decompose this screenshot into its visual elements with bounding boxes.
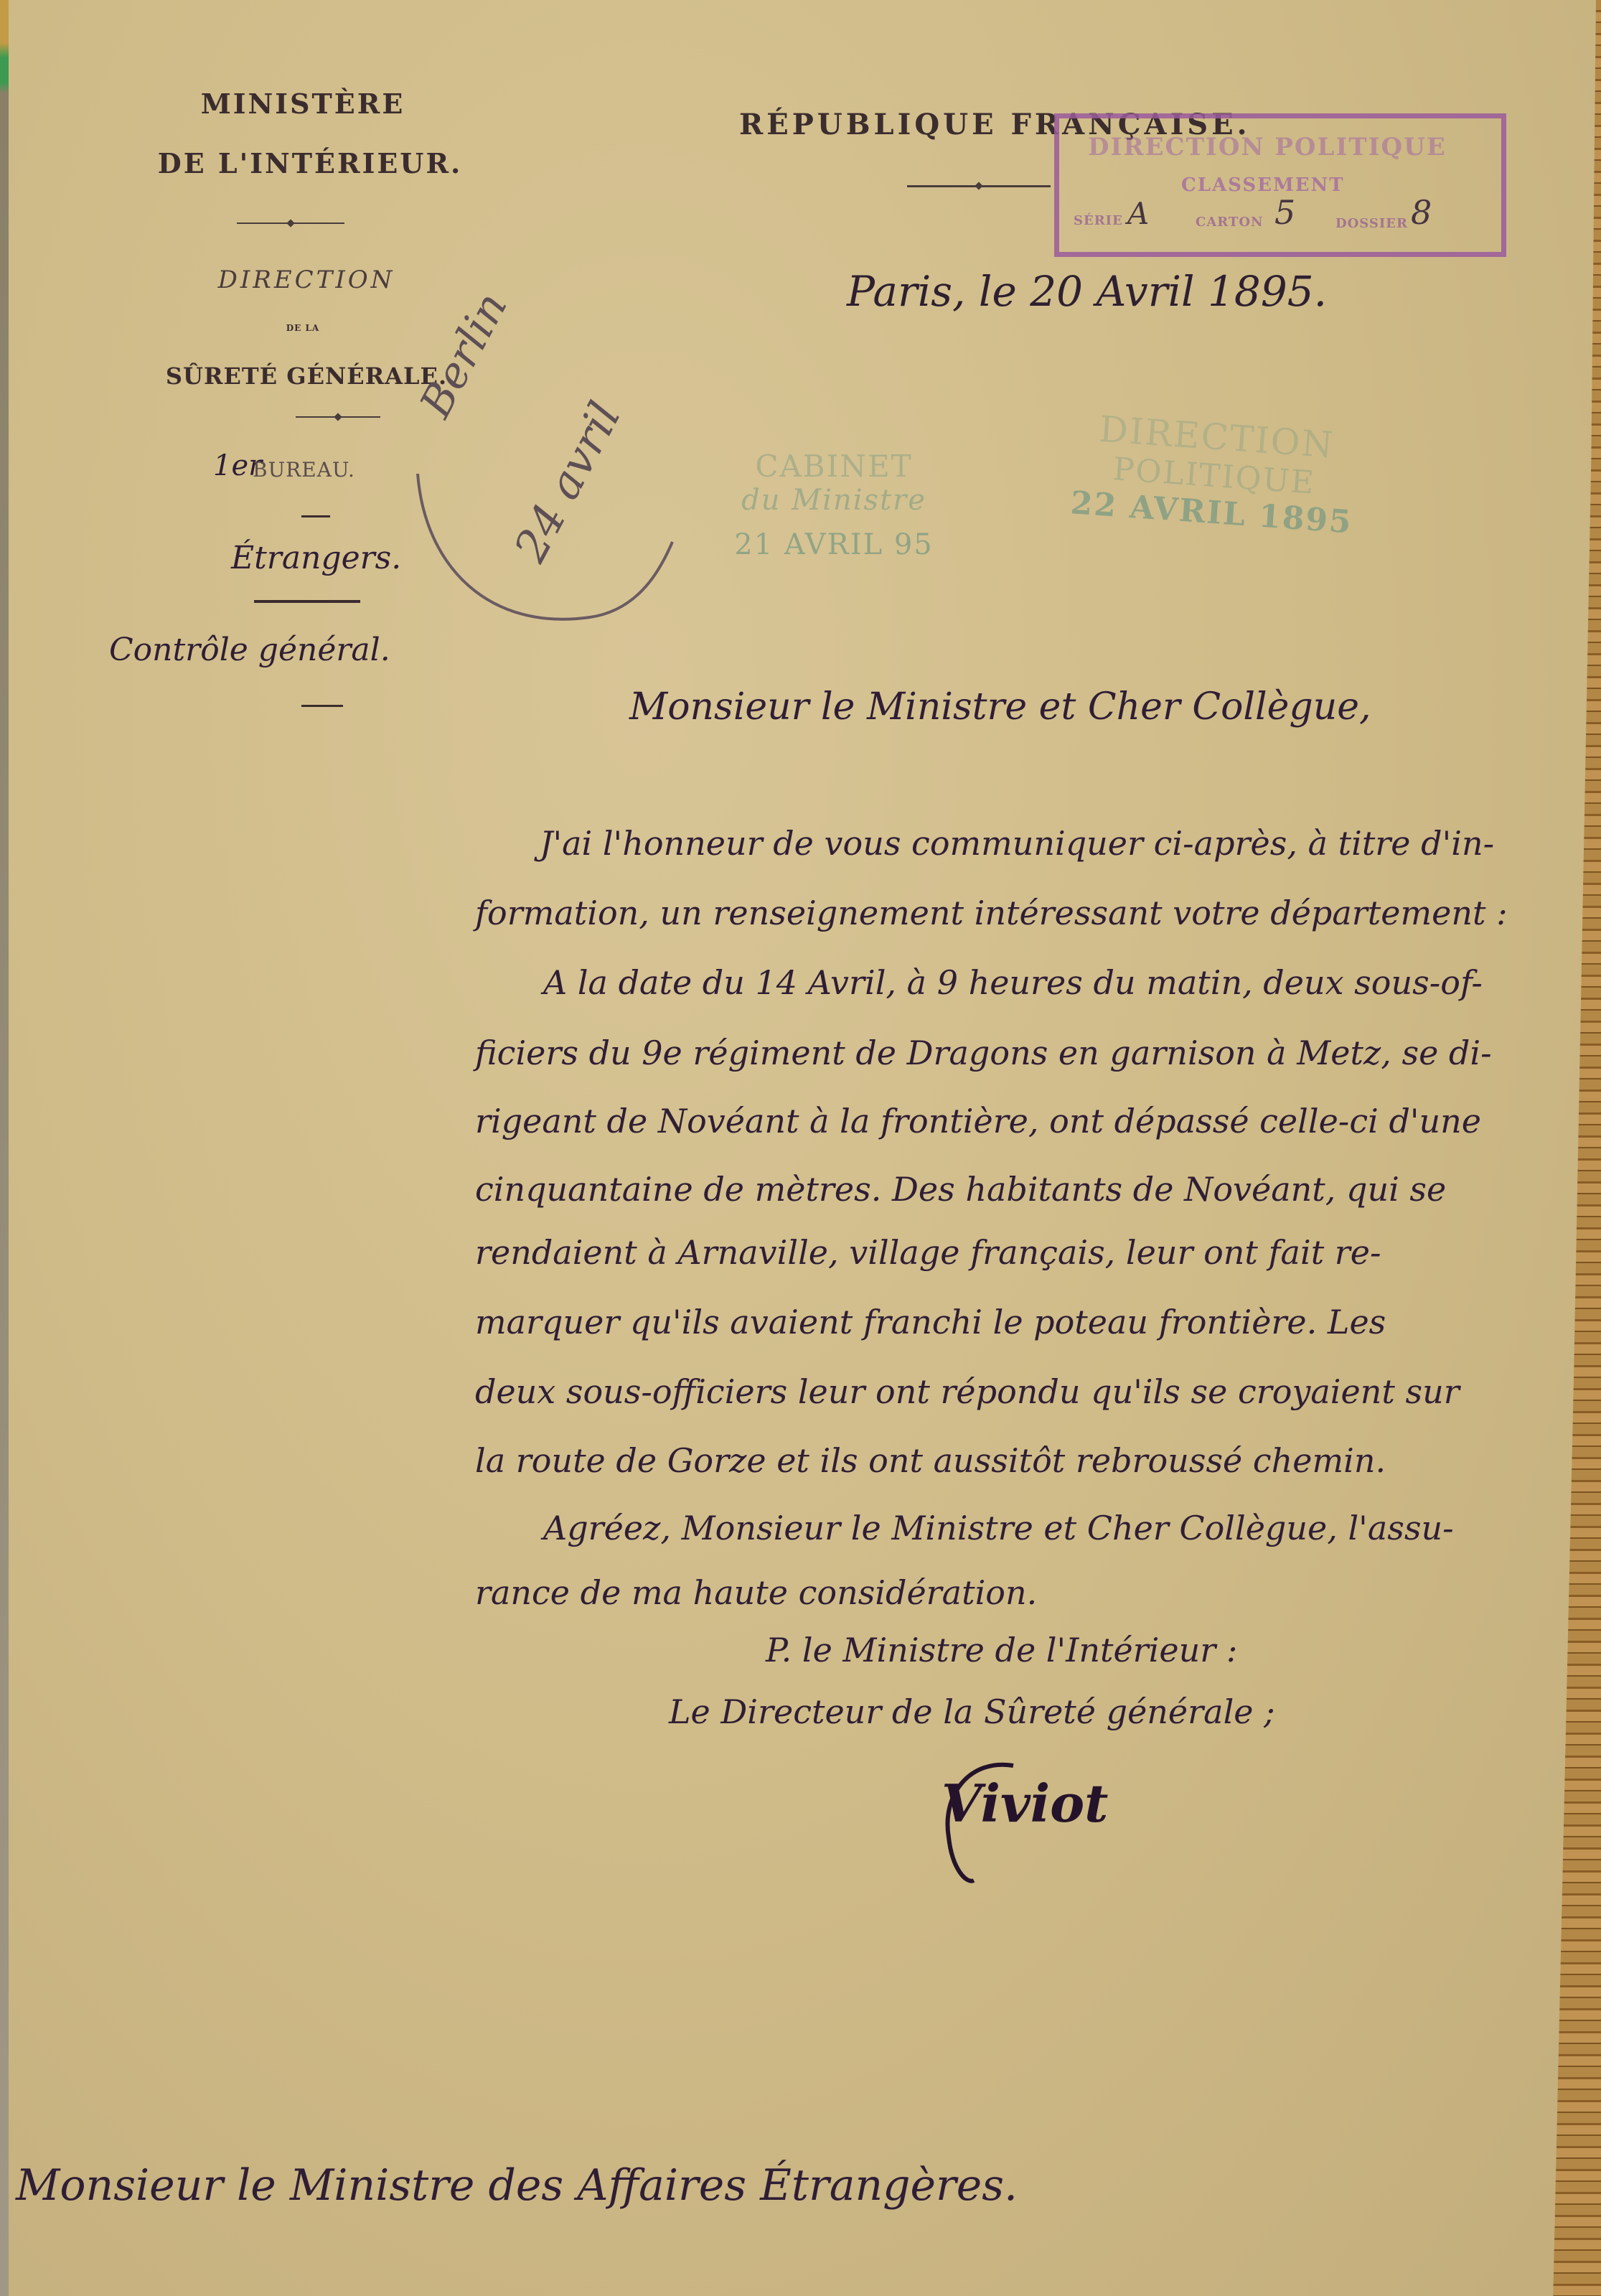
ministry-line1: MINISTÈRE	[195, 88, 410, 120]
controle-general: Contrôle général.	[109, 632, 390, 668]
cabinet-stamp: CABINET du Ministre 21 AVRIL 95	[698, 449, 970, 561]
salutation: Monsieur le Ministre et Cher Collègue,	[629, 685, 1371, 728]
dateline: Paris, le 20 Avril 1895.	[847, 267, 1327, 316]
surete-generale-label: SÛRETÉ GÉNÉRALE.	[156, 362, 457, 390]
bureau-label: BUREAU.	[253, 458, 382, 482]
de-la-label: DE LA	[274, 323, 332, 333]
dash	[301, 515, 330, 517]
stamp-dossier-value: 8	[1411, 193, 1432, 232]
signature-flourish	[927, 1751, 1085, 1895]
body-line: rendaient à Arnaville, village français,…	[475, 1233, 1381, 1272]
body-line: Agréez, Monsieur le Ministre et Cher Col…	[543, 1509, 1454, 1547]
body-line: formation, un renseignement intéressant …	[475, 894, 1508, 932]
closing-directeur: Le Directeur de la Sûreté générale ;	[669, 1692, 1275, 1731]
cabinet-stamp-line2: du Ministre	[698, 484, 970, 517]
body-line: rigeant de Novéant à la frontière, ont d…	[475, 1102, 1481, 1140]
body-line: J'ai l'honneur de vous communiquer ci-ap…	[540, 824, 1494, 863]
ornament-divider-2	[296, 416, 380, 418]
direction-politique-stamp: DIRECTION POLITIQUE 22 AVRIL 1895	[1060, 406, 1368, 542]
ornament-divider	[237, 222, 344, 224]
stamp-dossier-label: DOSSIER	[1335, 216, 1408, 231]
cabinet-stamp-line1: CABINET	[698, 449, 970, 484]
stamp-carton-value: 5	[1274, 193, 1295, 232]
direction-label: DIRECTION	[192, 266, 421, 294]
pencil-arc	[403, 467, 690, 639]
closing-pour-le-ministre: P. le Ministre de l'Intérieur :	[766, 1631, 1237, 1669]
body-line: rance de ma haute considération.	[475, 1573, 1037, 1612]
body-line: marquer qu'ils avaient franchi le poteau…	[475, 1303, 1386, 1341]
body-line: deux sous-officiers leur ont répondu qu'…	[475, 1372, 1460, 1411]
ministry-line2: DE L'INTÉRIEUR.	[116, 147, 504, 179]
underline-2	[301, 705, 343, 707]
stamp-classement: CLASSEMENT	[1181, 174, 1345, 196]
pencil-annotation-berlin: Berlin	[410, 284, 517, 425]
republique-rule	[907, 185, 1051, 187]
stamp-direction-politique: DIRECTION POLITIQUE	[1088, 133, 1447, 161]
body-line: A la date du 14 Avril, à 9 heures du mat…	[543, 963, 1483, 1002]
classement-stamp: DIRECTION POLITIQUE CLASSEMENT SÉRIE A C…	[1054, 113, 1506, 257]
addressee: Monsieur le Ministre des Affaires Étrang…	[16, 2160, 1018, 2211]
background-left-strip	[0, 0, 10, 2296]
section-etrangers: Étrangers.	[231, 540, 401, 576]
body-line: ficiers du 9e régiment de Dragons en gar…	[475, 1034, 1492, 1072]
stamp-carton-label: CARTON	[1196, 215, 1263, 230]
stamp-serie-value: A	[1127, 196, 1149, 231]
stamp-serie-label: SÉRIE	[1074, 213, 1123, 228]
underline	[254, 600, 360, 603]
document-page: MINISTÈRE DE L'INTÉRIEUR. DIRECTION DE L…	[9, 0, 1596, 2296]
body-line: la route de Gorze et ils ont aussitôt re…	[475, 1441, 1386, 1480]
cabinet-stamp-date: 21 AVRIL 95	[698, 528, 970, 561]
body-line: cinquantaine de mètres. Des habitants de…	[475, 1170, 1446, 1209]
